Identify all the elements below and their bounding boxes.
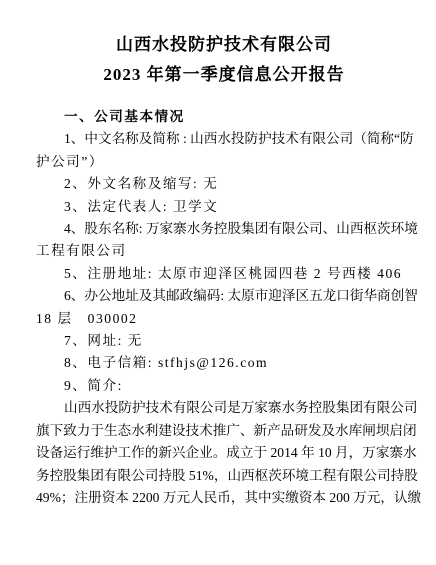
document-title-line-1: 山西水投防护技术有限公司 (36, 30, 412, 60)
profile-paragraph-line-3: 设备运行维护工作的新兴企业。成立于 2014 年 10 月，万家寨水 (36, 442, 412, 464)
profile-paragraph-line-4: 务控股集团有限公司持股 51%，山西枢茨环境工程有限公司持股 (36, 465, 412, 487)
line-email: 8、电子信箱: stfhjs@126.com (36, 352, 412, 374)
line-website: 7、网址: 无 (36, 330, 412, 352)
document-title-line-2: 2023 年第一季度信息公开报告 (36, 60, 412, 90)
line-legal-representative: 3、法定代表人: 卫学文 (36, 196, 412, 218)
document-page: 山西水投防护技术有限公司 2023 年第一季度信息公开报告 一、公司基本情况 1… (0, 0, 436, 565)
profile-paragraph-line-2: 旗下致力于生态水利建设技术推广、新产品研发及水库闸坝启闭 (36, 420, 412, 442)
line-chinese-name-continuation: 护公司”） (36, 151, 412, 173)
profile-paragraph-line-5: 49%；注册资本 2200 万元人民币，其中实缴资本 200 万元，认缴 (36, 487, 412, 509)
line-office-address: 6、办公地址及其邮政编码: 太原市迎泽区五龙口街华商创智 (36, 285, 412, 307)
line-shareholders: 4、股东名称: 万家寨水务控股集团有限公司、山西枢茨环境 (36, 218, 412, 240)
line-profile-label: 9、简介: (36, 375, 412, 397)
line-chinese-name: 1、中文名称及简称 : 山西水投防护技术有限公司（简称“防 (36, 128, 412, 150)
profile-paragraph-line-1: 山西水投防护技术有限公司是万家寨水务控股集团有限公司 (36, 397, 412, 419)
line-registered-address: 5、注册地址: 太原市迎泽区桃园四巷 2 号西楼 406 (36, 263, 412, 285)
section-heading: 一、公司基本情况 (36, 106, 412, 128)
line-shareholders-continuation: 工程有限公司 (36, 240, 412, 262)
line-office-address-continuation: 18 层 030002 (36, 308, 412, 330)
line-foreign-name: 2、外文名称及缩写: 无 (36, 173, 412, 195)
